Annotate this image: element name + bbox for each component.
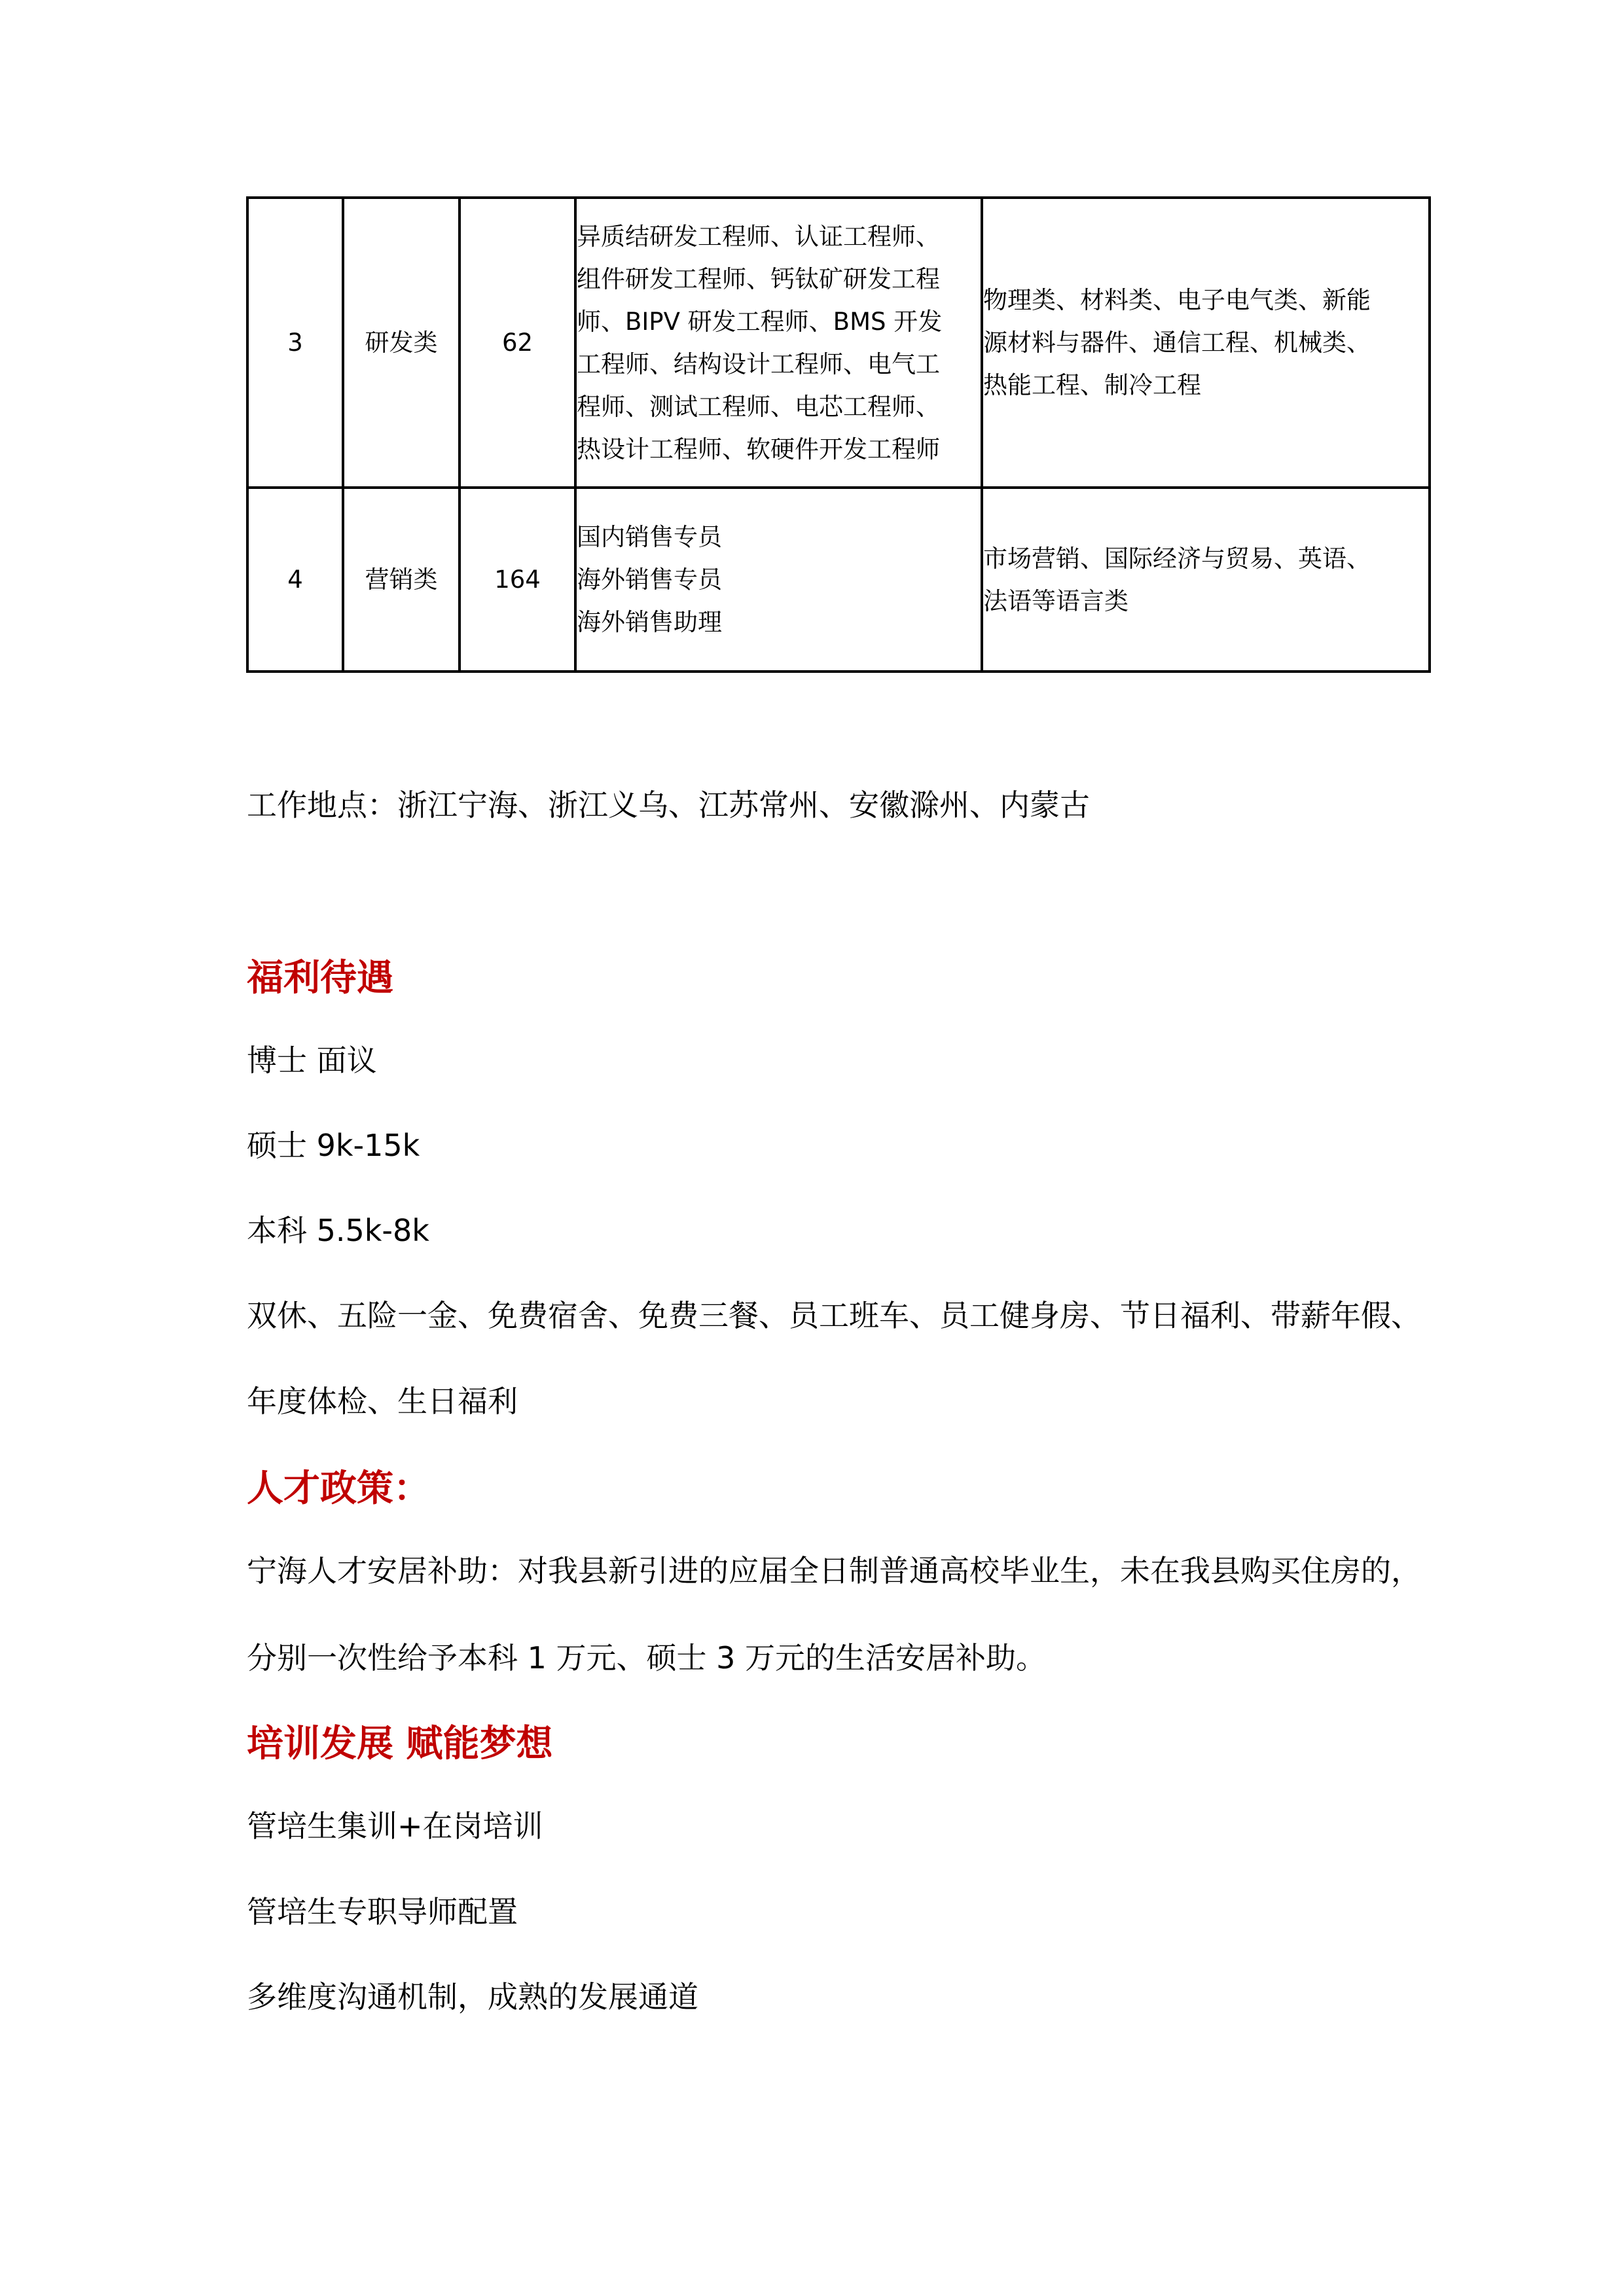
- major-line: 市场营销、国际经济与贸易、英语、: [983, 537, 1428, 580]
- position-line: 组件研发工程师、钙钛矿研发工程: [577, 258, 981, 300]
- position-line: 热设计工程师、软硬件开发工程师: [577, 428, 981, 471]
- major-line: 源材料与器件、通信工程、机械类、: [983, 321, 1428, 364]
- positions-cell: 国内销售专员 海外销售专员 海外销售助理: [575, 488, 982, 672]
- benefits-heading: 福利待遇: [247, 949, 393, 1001]
- work-location: 工作地点：浙江宁海、浙江义乌、江苏常州、安徽滁州、内蒙古: [247, 781, 1090, 825]
- positions-cell: 异质结研发工程师、认证工程师、 组件研发工程师、钙钛矿研发工程 师、BIPV 研…: [575, 198, 982, 488]
- headcount: 62: [460, 198, 575, 488]
- positions-table: 3 研发类 62 异质结研发工程师、认证工程师、 组件研发工程师、钙钛矿研发工程…: [246, 196, 1431, 673]
- majors-cell: 物理类、材料类、电子电气类、新能 源材料与器件、通信工程、机械类、 热能工程、制…: [982, 198, 1430, 488]
- talent-policy-heading: 人才政策：: [247, 1460, 430, 1512]
- job-category: 研发类: [343, 198, 460, 488]
- perks-line-1: 双休、五险一金、免费宿舍、免费三餐、员工班车、员工健身房、节日福利、带薪年假、: [247, 1292, 1421, 1335]
- headcount: 164: [460, 488, 575, 672]
- talent-policy-line-1: 宁海人才安居补助：对我县新引进的应届全日制普通高校毕业生，未在我县购买住房的，: [247, 1547, 1421, 1590]
- training-item: 管培生集训+在岗培训: [247, 1803, 543, 1846]
- training-item: 多维度沟通机制，成熟的发展通道: [247, 1973, 698, 2017]
- document-page: 3 研发类 62 异质结研发工程师、认证工程师、 组件研发工程师、钙钛矿研发工程…: [0, 0, 1624, 2296]
- position-line: 工程师、结构设计工程师、电气工: [577, 343, 981, 386]
- table-row: 3 研发类 62 异质结研发工程师、认证工程师、 组件研发工程师、钙钛矿研发工程…: [247, 198, 1430, 488]
- position-line: 海外销售专员: [577, 558, 981, 601]
- salary-phd: 博士 面议: [247, 1037, 377, 1080]
- position-line: 国内销售专员: [577, 516, 981, 558]
- position-line: 异质结研发工程师、认证工程师、: [577, 215, 981, 258]
- training-heading: 培训发展 赋能梦想: [247, 1715, 553, 1767]
- talent-policy-line-2: 分别一次性给予本科 1 万元、硕士 3 万元的生活安居补助。: [247, 1634, 1046, 1677]
- majors-cell: 市场营销、国际经济与贸易、英语、 法语等语言类: [982, 488, 1430, 672]
- major-line: 法语等语言类: [983, 580, 1428, 622]
- perks-line-2: 年度体检、生日福利: [247, 1378, 518, 1421]
- table-row: 4 营销类 164 国内销售专员 海外销售专员 海外销售助理 市场营销、国际经济…: [247, 488, 1430, 672]
- row-number: 4: [247, 488, 343, 672]
- row-number: 3: [247, 198, 343, 488]
- major-line: 热能工程、制冷工程: [983, 364, 1428, 406]
- position-line: 师、BIPV 研发工程师、BMS 开发: [577, 300, 981, 343]
- major-line: 物理类、材料类、电子电气类、新能: [983, 279, 1428, 321]
- salary-bachelor: 本科 5.5k-8k: [247, 1207, 429, 1250]
- position-line: 程师、测试工程师、电芯工程师、: [577, 386, 981, 428]
- salary-master: 硕士 9k-15k: [247, 1122, 420, 1165]
- position-line: 海外销售助理: [577, 601, 981, 643]
- job-category: 营销类: [343, 488, 460, 672]
- training-item: 管培生专职导师配置: [247, 1888, 518, 1931]
